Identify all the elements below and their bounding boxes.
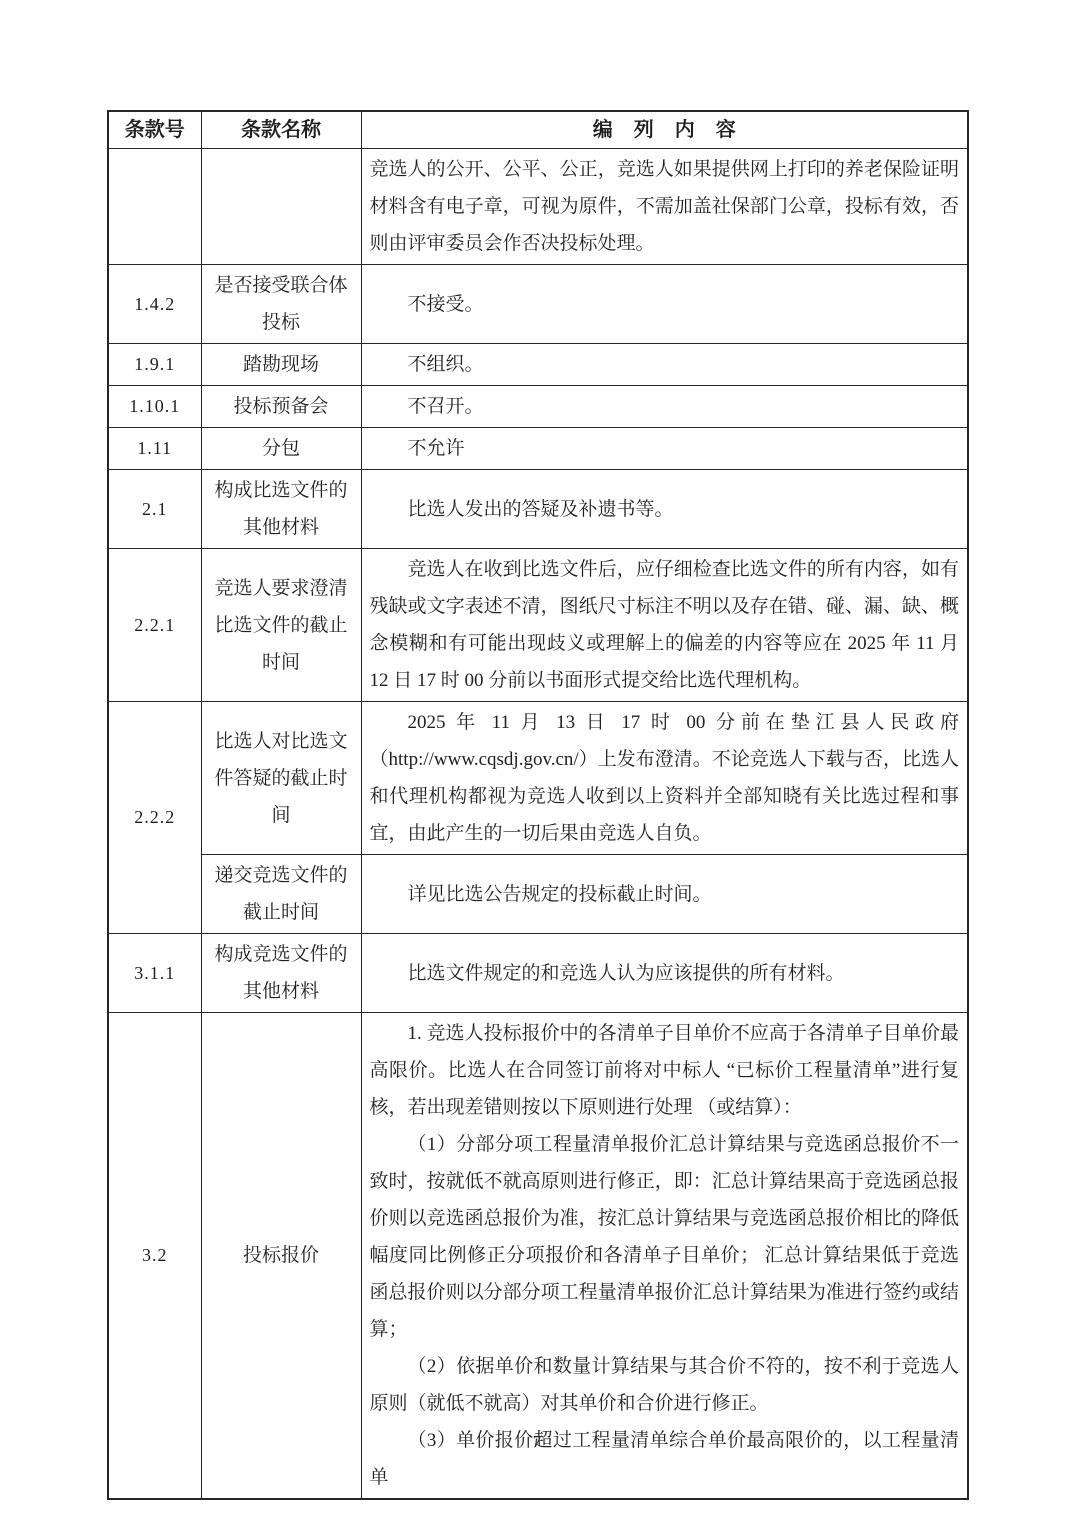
clause-content-cell: 竞选人在收到比选文件后，应仔细检查比选文件的所有内容，如有残缺或文字表述不清，图…: [361, 549, 968, 702]
row-3-1-1: 3.1.1 构成竞选文件的其他材料 比选文件规定的和竞选人认为应该提供的所有材料…: [108, 934, 968, 1013]
clause-content-cell: 竞选人的公开、公平、公正，竞选人如果提供网上打印的养老保险证明材料含有电子章，可…: [361, 149, 968, 265]
clause-number-cell: 1.9.1: [108, 344, 201, 386]
document-page: 条款号 条款名称 编 列 内 容 竞选人的公开、公平、公正，竞选人如果提供网上打…: [0, 0, 1074, 1520]
clause-name-cell: 递交竞选文件的截止时间: [201, 855, 361, 934]
content-paragraph: （2）依据单价和数量计算结果与其合价不符的，按不利于竞选人原则（就低不就高）对其…: [370, 1348, 960, 1422]
row-1-11: 1.11 分包 不允许: [108, 428, 968, 470]
clause-number-cell: 2.1: [108, 470, 201, 549]
header-clause-number: 条款号: [108, 111, 201, 149]
clause-number-cell: 2.2.2: [108, 702, 201, 934]
row-1-9-1: 1.9.1 踏勘现场 不组织。: [108, 344, 968, 386]
clause-name-cell: [201, 149, 361, 265]
clauses-table: 条款号 条款名称 编 列 内 容 竞选人的公开、公平、公正，竞选人如果提供网上打…: [107, 110, 969, 1500]
clause-content-cell: 不接受。: [361, 265, 968, 344]
clause-name-cell: 比选人对比选文件答疑的截止时间: [201, 702, 361, 855]
content-paragraph: 1. 竞选人投标报价中的各清单子目单价不应高于各清单子目单价最高限价。比选人在合…: [370, 1015, 960, 1126]
content-paragraph: 比选文件规定的和竞选人认为应该提供的所有材料。: [370, 955, 960, 992]
clause-number-cell: 1.10.1: [108, 386, 201, 428]
content-paragraph: 不允许: [370, 430, 960, 467]
content-paragraph: 竞选人的公开、公平、公正，竞选人如果提供网上打印的养老保险证明材料含有电子章，可…: [370, 151, 960, 262]
clause-content-cell: 不组织。: [361, 344, 968, 386]
page-number: 7: [0, 1432, 1074, 1452]
clause-number-cell: 1.4.2: [108, 265, 201, 344]
clause-content-cell: 详见比选公告规定的投标截止时间。: [361, 855, 968, 934]
content-paragraph: 不接受。: [370, 286, 960, 323]
clause-name-cell: 是否接受联合体投标: [201, 265, 361, 344]
header-clause-name: 条款名称: [201, 111, 361, 149]
row-continuation: 竞选人的公开、公平、公正，竞选人如果提供网上打印的养老保险证明材料含有电子章，可…: [108, 149, 968, 265]
row-1-10-1: 1.10.1 投标预备会 不召开。: [108, 386, 968, 428]
content-paragraph: （1）分部分项工程量清单报价汇总计算结果与竞选函总报价不一致时，按就低不就高原则…: [370, 1126, 960, 1348]
content-paragraph: 不组织。: [370, 346, 960, 383]
clause-number-cell: 1.11: [108, 428, 201, 470]
content-paragraph: 2025 年 11 月 13 日 17 时 00 分前在垫江县人民政府（http…: [370, 704, 960, 852]
row-2-1: 2.1 构成比选文件的其他材料 比选人发出的答疑及补遗书等。: [108, 470, 968, 549]
row-1-4-2: 1.4.2 是否接受联合体投标 不接受。: [108, 265, 968, 344]
clause-name-cell: 投标预备会: [201, 386, 361, 428]
clause-name-cell: 踏勘现场: [201, 344, 361, 386]
clause-name-cell: 构成竞选文件的其他材料: [201, 934, 361, 1013]
clause-name-cell: 竞选人要求澄清比选文件的截止时间: [201, 549, 361, 702]
clause-number-cell: [108, 149, 201, 265]
content-paragraph: 不召开。: [370, 388, 960, 425]
table-header-row: 条款号 条款名称 编 列 内 容: [108, 111, 968, 149]
row-2-2-1: 2.2.1 竞选人要求澄清比选文件的截止时间 竞选人在收到比选文件后，应仔细检查…: [108, 549, 968, 702]
clause-content-cell: 2025 年 11 月 13 日 17 时 00 分前在垫江县人民政府（http…: [361, 702, 968, 855]
clause-content-cell: 不召开。: [361, 386, 968, 428]
clause-content-cell: 比选人发出的答疑及补遗书等。: [361, 470, 968, 549]
content-paragraph: 详见比选公告规定的投标截止时间。: [370, 876, 960, 913]
row-2-2-2-answer-deadline: 2.2.2 比选人对比选文件答疑的截止时间 2025 年 11 月 13 日 1…: [108, 702, 968, 855]
row-3-2: 3.2 投标报价 1. 竞选人投标报价中的各清单子目单价不应高于各清单子目单价最…: [108, 1013, 968, 1500]
clause-name-cell: 构成比选文件的其他材料: [201, 470, 361, 549]
clause-content-cell: 1. 竞选人投标报价中的各清单子目单价不应高于各清单子目单价最高限价。比选人在合…: [361, 1013, 968, 1500]
content-paragraph: 竞选人在收到比选文件后，应仔细检查比选文件的所有内容，如有残缺或文字表述不清，图…: [370, 551, 960, 699]
clause-content-cell: 比选文件规定的和竞选人认为应该提供的所有材料。: [361, 934, 968, 1013]
clause-name-cell: 分包: [201, 428, 361, 470]
header-content: 编 列 内 容: [361, 111, 968, 149]
clause-name-cell: 投标报价: [201, 1013, 361, 1500]
clause-number-cell: 2.2.1: [108, 549, 201, 702]
row-2-2-2-submit-deadline: 递交竞选文件的截止时间 详见比选公告规定的投标截止时间。: [108, 855, 968, 934]
content-paragraph: 比选人发出的答疑及补遗书等。: [370, 491, 960, 528]
clause-number-cell: 3.1.1: [108, 934, 201, 1013]
clause-number-cell: 3.2: [108, 1013, 201, 1500]
clause-content-cell: 不允许: [361, 428, 968, 470]
